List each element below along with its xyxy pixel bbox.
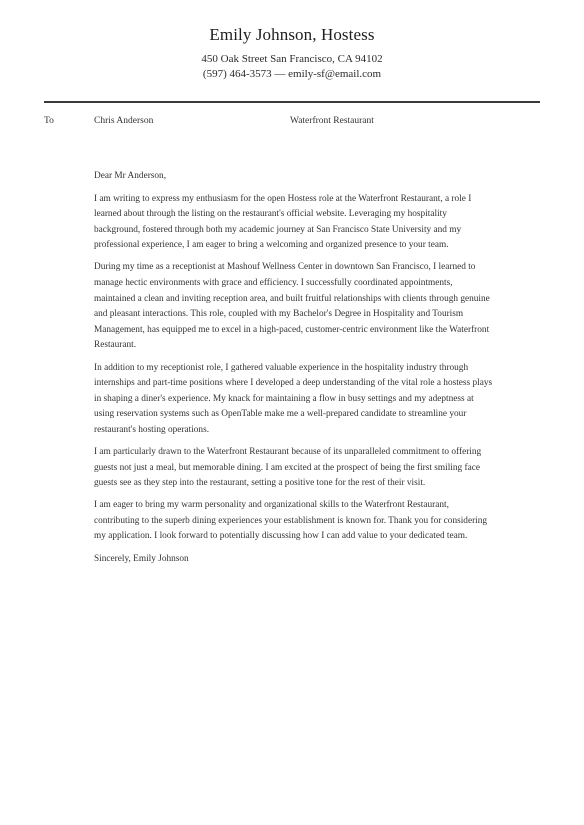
- header-divider: [44, 101, 540, 103]
- closing: Sincerely, Emily Johnson: [94, 552, 494, 568]
- paragraph: During my time as a receptionist at Mash…: [94, 260, 494, 354]
- salutation: Dear Mr Anderson,: [94, 169, 494, 185]
- letter-body: Dear Mr Anderson, I am writing to expres…: [94, 169, 494, 574]
- letter-header: Emily Johnson, Hostess 450 Oak Street Sa…: [0, 24, 584, 82]
- recipient-label: To: [44, 115, 54, 127]
- paragraph: In addition to my receptionist role, I g…: [94, 361, 494, 439]
- paragraph: I am writing to express my enthusiasm fo…: [94, 192, 494, 254]
- applicant-contact: (597) 464-3573 — emily-sf@email.com: [0, 67, 584, 82]
- recipient-company: Waterfront Restaurant: [290, 115, 374, 127]
- applicant-name: Emily Johnson, Hostess: [0, 24, 584, 46]
- paragraph: I am eager to bring my warm personality …: [94, 498, 494, 545]
- paragraph: I am particularly drawn to the Waterfron…: [94, 445, 494, 492]
- applicant-address: 450 Oak Street San Francisco, CA 94102: [0, 52, 584, 67]
- recipient-name: Chris Anderson: [94, 115, 153, 127]
